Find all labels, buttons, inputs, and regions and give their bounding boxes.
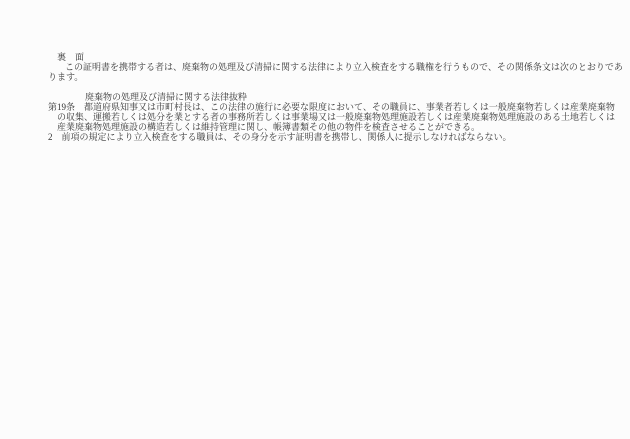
article19-line-1: 第19条 都道府県知事又は市町村長は、この法律の施行に必要な限度において、その職… (48, 102, 622, 112)
law-excerpt-heading: 廃棄物の処理及び清掃に関する法律抜粋 (48, 92, 622, 102)
intro-line-2: ります。 (48, 72, 622, 82)
side-label: 裏 面 (48, 52, 622, 62)
paragraph-2: 2 前項の規定により立入検査をする職員は、その身分を示す証明書を携帯し、関係人に… (48, 132, 622, 142)
blank-line (48, 82, 622, 92)
certificate-back-page: 裏 面 この証明書を携帯する者は、廃棄物の処理及び清掃に関する法律により立入検査… (48, 52, 622, 142)
intro-line-1: この証明書を携帯する者は、廃棄物の処理及び清掃に関する法律により立入検査をする職… (48, 62, 622, 72)
article19-line-3: 産業廃棄物処理施設の構造若しくは維持管理に関し、帳簿書類その他の物件を検査させる… (48, 122, 622, 132)
article19-line-2: の収集、運搬若しくは処分を業とする者の事務所若しくは事業場又は一般廃棄物処理施設… (48, 112, 622, 122)
